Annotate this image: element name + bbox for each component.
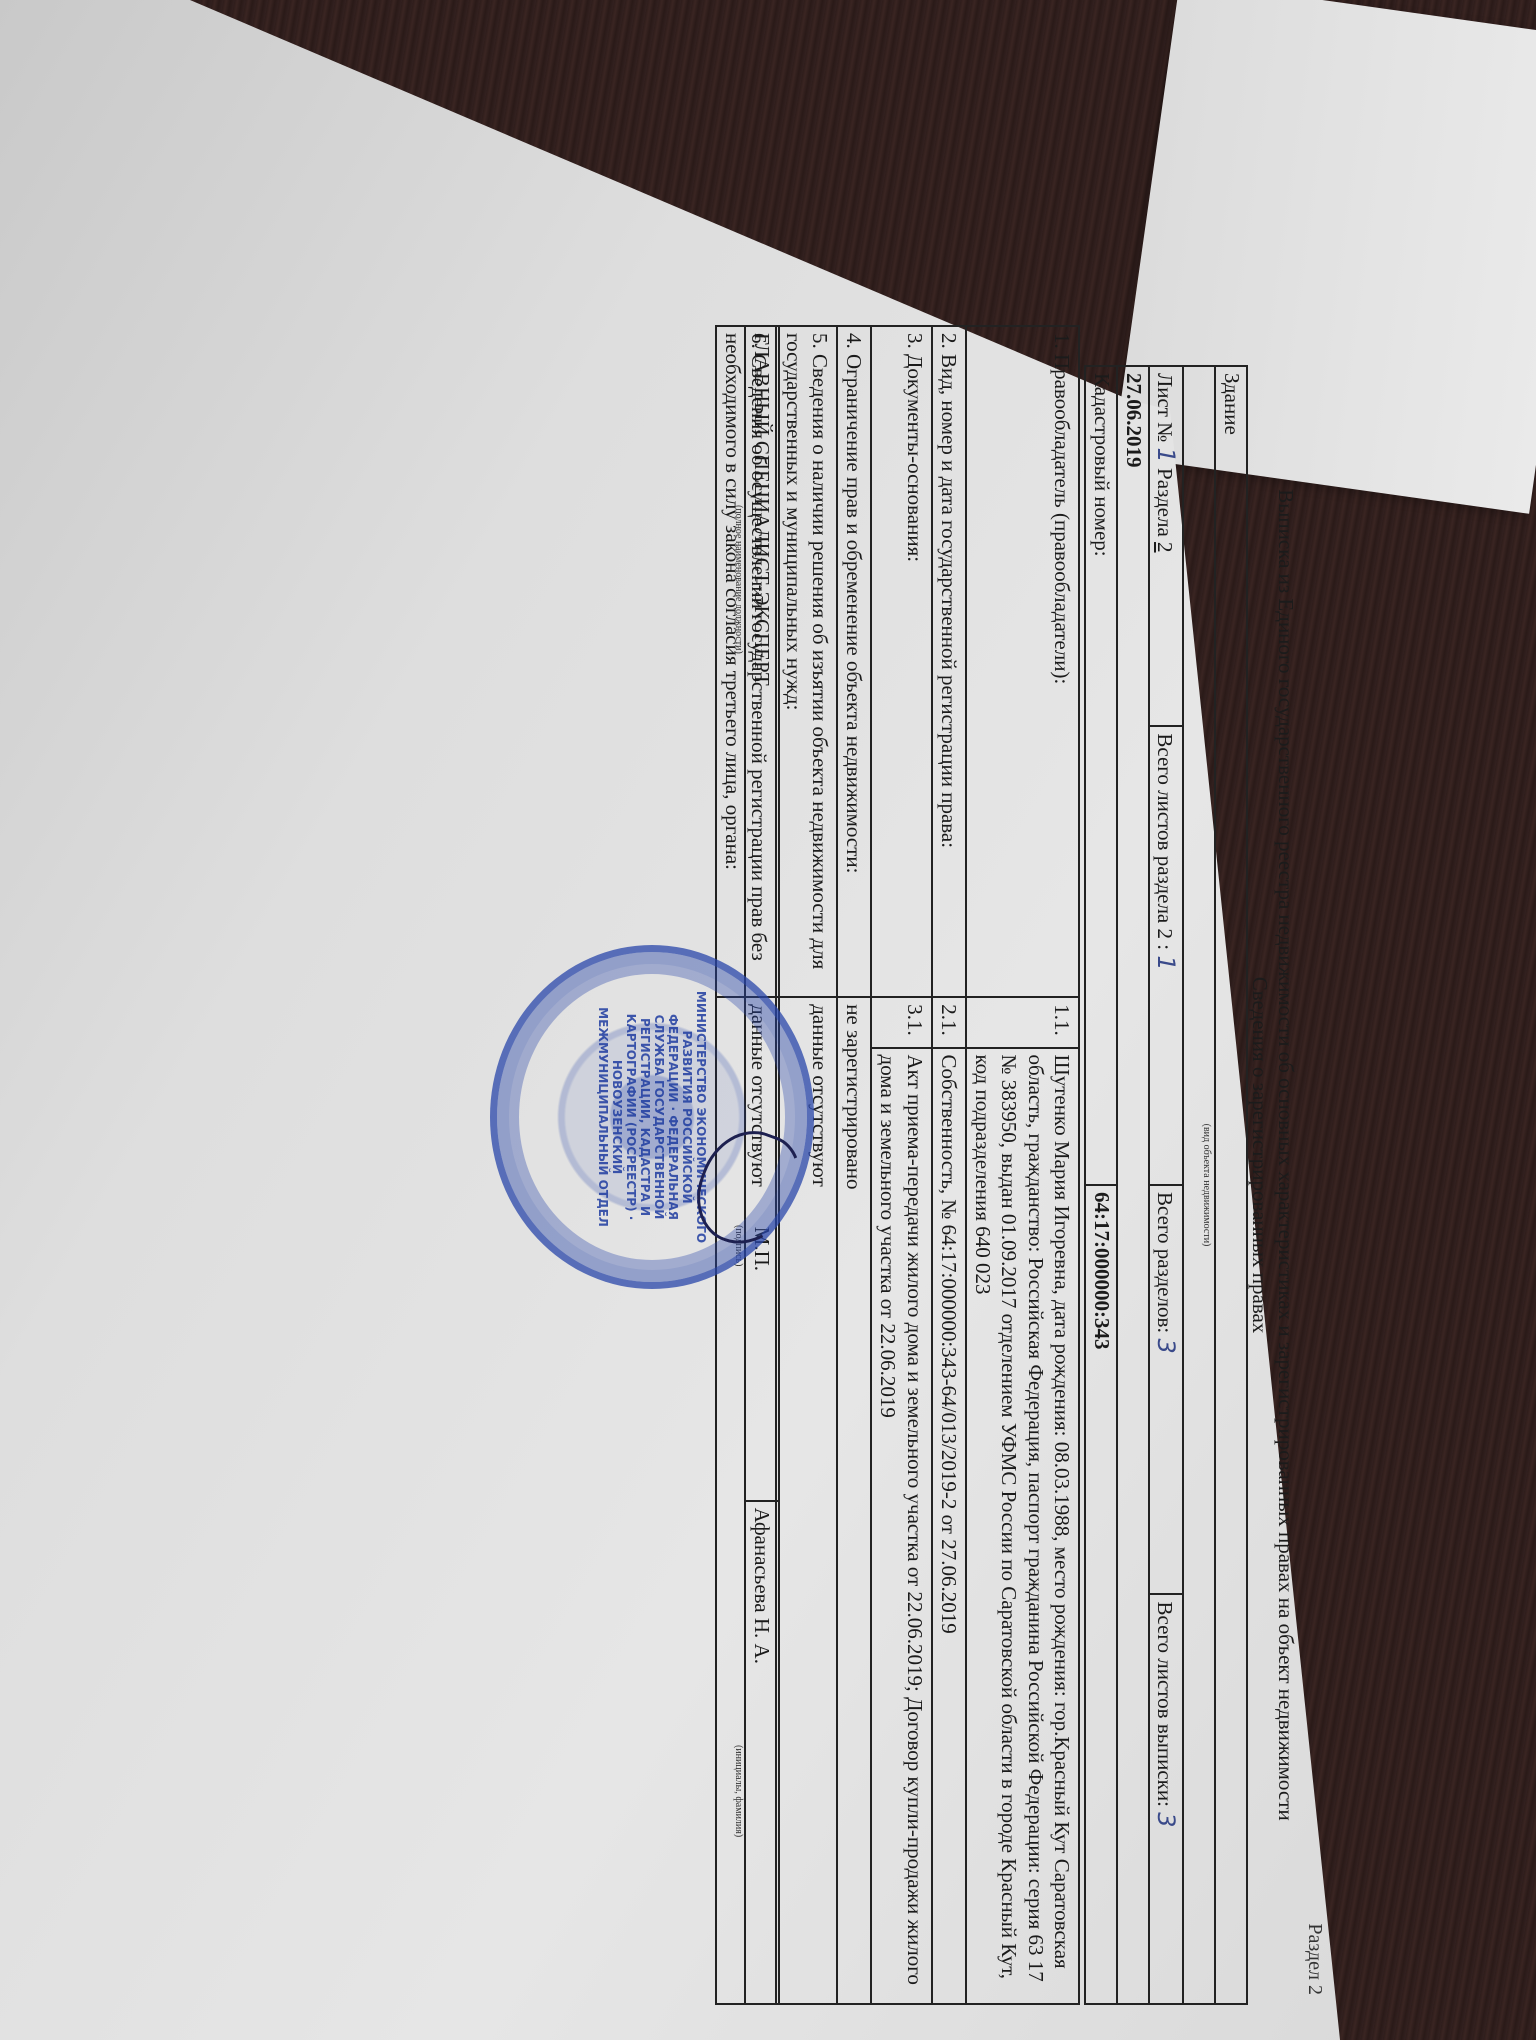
sheet-number-cell: Лист № 1 Раздела 2	[1149, 366, 1183, 726]
official-stamp: МИНИСТЕРСТВО ЭКОНОМИЧЕСКОГО РАЗВИТИЯ РОС…	[490, 945, 814, 1289]
total-section-sheets-cell: Всего листов раздела 2 : 1	[1149, 726, 1183, 1185]
cadastral-label: Кадастровый номер:	[1085, 366, 1117, 1185]
row-value: не зарегистрировано	[837, 997, 871, 2004]
row-label: 1. Правообладатель (правообладатели):	[966, 326, 1079, 997]
official-position: ГЛАВНЫЙ СПЕЦИАЛИСТ-ЭКСПЕРТ	[745, 326, 779, 997]
object-type: Здание	[1215, 366, 1247, 2004]
row-value: Шутенко Мария Игоревна, дата рождения: 0…	[966, 1048, 1079, 2004]
row-label: 2. Вид, номер и дата государственной рег…	[932, 326, 966, 997]
table-row: 2. Вид, номер и дата государственной рег…	[932, 326, 966, 2004]
cadastral-number: 64:17:000000:343	[1085, 1185, 1117, 2004]
total-sections-cell: Всего разделов: 3	[1149, 1185, 1183, 1595]
extract-date: 27.06.2019	[1117, 366, 1149, 2004]
row-subnumber: 1.1.	[966, 997, 1079, 1047]
stamp-text: МИНИСТЕРСТВО ЭКОНОМИЧЕСКОГО РАЗВИТИЯ РОС…	[596, 987, 708, 1247]
table-row: 3. Документы-основания: 3.1. Акт приема-…	[871, 326, 932, 2004]
document-title: Выписка из Единого государственного реес…	[1273, 305, 1298, 2005]
document-subtitle: Сведения о зарегистрированных правах	[1247, 305, 1272, 2005]
row-subnumber: 2.1.	[932, 997, 966, 1047]
row-value: Собственность, № 64:17:000000:343-64/013…	[932, 1048, 966, 2004]
header-table: Здание (вид объекта недвижимости) Лист №…	[1084, 365, 1248, 2005]
official-name: Афанасьева Н. А.	[745, 1501, 779, 2004]
table-row: 4. Ограничение прав и обременение объект…	[837, 326, 871, 2004]
row-subnumber: 3.1.	[871, 997, 932, 1047]
total-extract-sheets-cell: Всего листов выписки: 3	[1149, 1594, 1183, 2004]
row-label: 4. Ограничение прав и обременение объект…	[837, 326, 871, 997]
table-row: 1. Правообладатель (правообладатели): 1.…	[966, 326, 1079, 2004]
row-label: 3. Документы-основания:	[871, 326, 932, 997]
object-type-hint: (вид объекта недвижимости)	[1183, 366, 1215, 2004]
row-label: 5. Сведения о наличии решения об изъятии…	[777, 326, 838, 997]
section-label: Раздел 2	[1303, 1923, 1326, 1995]
name-hint: (инициалы, фамилия)	[733, 1745, 744, 1837]
position-hint: (полное наименование должности)	[733, 505, 744, 654]
row-value: Акт приема-передачи жилого дома и земель…	[871, 1048, 932, 2004]
